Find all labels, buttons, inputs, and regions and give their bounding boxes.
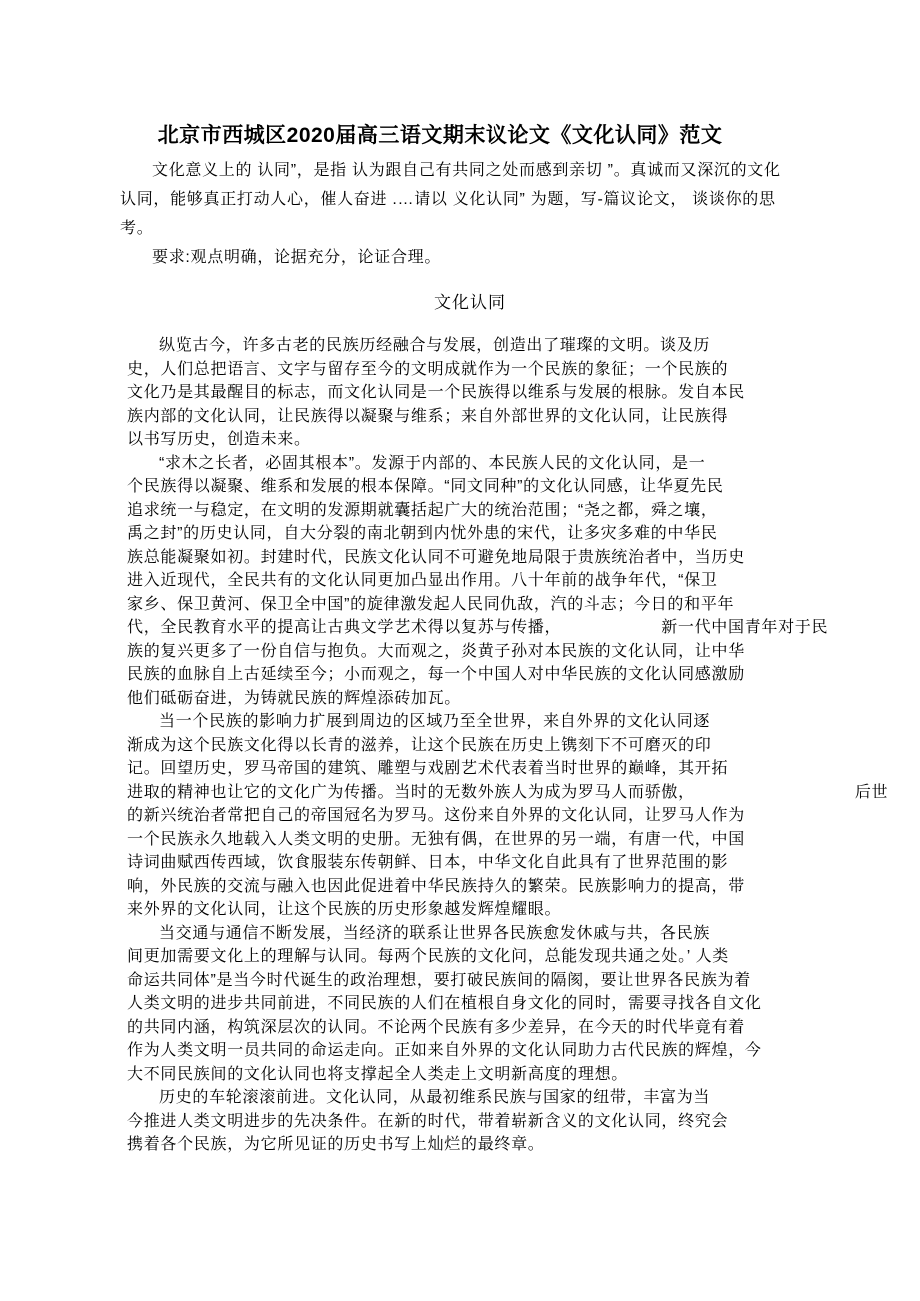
essay-line: 族的复兴更多了一份自信与抱负。大而观之，炎黄子孙对本民族的文化认同，让中华 (127, 640, 888, 664)
essay-line-text: 族的复兴更多了一份自信与抱负。大而观之，炎黄子孙对本民族的文化认同，让中华 (127, 643, 745, 660)
essay-line-text: 纵览古今，许多古老的民族历经融合与发展，创造出了璀璨的文明。谈及历 (159, 337, 710, 354)
essay-line: 的共同内涵，构筑深层次的认同。不论两个民族有多少差异，在今天的时代毕竟有着 (127, 1016, 888, 1040)
essay-line: 禹之封”的历史认同，自大分裂的南北朝到内忧外患的宋代，让多灾多难的中华民 (127, 522, 888, 546)
essay-line: 纵览古今，许多古老的民族历经融合与发展，创造出了璀璨的文明。谈及历 (127, 334, 888, 358)
essay-line: 代，全民教育水平的提高让古典文学艺术得以复苏与传播，新一代中国青年对于民 (127, 616, 888, 640)
essay-line-text: 作为人类文明一员共同的命运走向。正如来自外界的文化认同助力古代民族的辉煌，今 (127, 1042, 762, 1059)
essay-line-text: 大不同民族间的文化认同也将支撑起全人类走上文明新高度的理想。 (127, 1066, 628, 1083)
essay-line: 以书写历史，创造未来。 (127, 428, 888, 452)
prompt-line: 要求:观点明确，论据充分，论证合理。 (120, 243, 781, 272)
essay-line-text: 民族的血脉自上古延续至今；小而观之，每一个中国人对中华民族的文化认同感激励 (127, 666, 745, 683)
essay-line: 人类文明的进步共同前进，不同民族的人们在植根自身文化的同时，需要寻找各自文化 (127, 992, 888, 1016)
essay-line: 文化乃是其最醒目的标志，而文化认同是一个民族得以维系与发展的根脉。发自本民 (127, 381, 888, 405)
essay-line-text: 人类文明的进步共同前进，不同民族的人们在植根自身文化的同时，需要寻找各自文化 (127, 995, 762, 1012)
essay-line: 进取的精神也让它的文化广为传播。当时的无数外族人为成为罗马人而骄傲，后世 (127, 781, 888, 805)
essay-line: 诗词曲赋西传西域，饮食服装东传朝鲜、日本，中华文化自此具有了世界范围的影 (127, 851, 888, 875)
essay-line-text: 新一代中国青年对于民 (661, 619, 828, 636)
document-title: 北京市西城区2020届高三语文期末议论文《文化认同》范文 (0, 119, 880, 149)
essay-line-text: 个民族得以凝聚、维系和发展的根本保障。“同文同种”的文化认同感，让华夏先民 (127, 478, 724, 495)
essay-line-text: 当交通与通信不断发展，当经济的联系让世界各民族愈发休戚与共，各民族 (159, 925, 710, 942)
essay-line-text: 他们砥砺奋进，为铸就民族的辉煌添砖加瓦。 (127, 690, 461, 707)
essay-line: “求木之长者，必固其根本”。发源于内部的、本民族人民的文化认同，是一 (127, 452, 888, 476)
essay-line-text: 进入近现代，全民共有的文化认同更加凸显出作用。八十年前的战争年代，“保卫 (127, 572, 718, 589)
essay-line-text: 一个民族永久地载入人类文明的史册。无独有偶，在世界的另一端，有唐一代，中国 (127, 831, 745, 848)
essay-line: 间更加需要文化上的理解与认同。每两个民族的文化问，总能发现共通之处。’ 人类 (127, 945, 888, 969)
essay-line-text: 记。回望历史，罗马帝国的建筑、雕塑与戏剧艺术代表着当时世界的巅峰，其开拓 (127, 760, 728, 777)
prompt-line-text: 认同，能够真正打动人心，催人奋进 .…请以 义化认同” 为题，写-篇议论文， 谈… (120, 191, 776, 208)
essay-line-text: 族总能凝聚如初。封建时代，民族文化认同不可避免地局限于贵族统治者中，当历史 (127, 549, 745, 566)
essay-line-text: 今推进人类文明进步的先决条件。在新的时代，带着崭新含义的文化认同，终究会 (127, 1113, 728, 1130)
essay-line-text: 后世 (855, 784, 888, 801)
essay-line: 历史的车轮滚滚前进。文化认同，从最初维系民族与国家的纽带，丰富为当 (127, 1086, 888, 1110)
essay-line: 携着各个民族，为它所见证的历史书写上灿烂的最终章。 (127, 1133, 888, 1157)
essay-line-text: 文化乃是其最醒目的标志，而文化认同是一个民族得以维系与发展的根脉。发自本民 (127, 384, 745, 401)
essay-line-text: 史，人们总把语言、文字与留存至今的文明成就作为一个民族的象征；一个民族的 (127, 361, 728, 378)
essay-line: 响，外民族的交流与融入也因此促进着中华民族持久的繁荣。民族影响力的提高，带 (127, 875, 888, 899)
document-page: 北京市西城区2020届高三语文期末议论文《文化认同》范文 文化意义上的 认同”，… (0, 0, 920, 1301)
essay-line: 追求统一与稳定，在文明的发源期就囊括起广大的统治范围；“尧之都，舜之壤， (127, 499, 888, 523)
essay-line-text: 当一个民族的影响力扩展到周边的区域乃至全世界，来自外界的文化认同逐 (159, 713, 710, 730)
prompt-line: 认同，能够真正打动人心，催人奋进 .…请以 义化认同” 为题，写-篇议论文， 谈… (120, 185, 781, 214)
essay-line-text: 族内部的文化认同，让民族得以凝聚与维系；来自外部世界的文化认同，让民族得 (127, 408, 728, 425)
essay-line-text: 携着各个民族，为它所见证的历史书写上灿烂的最终章。 (127, 1136, 545, 1153)
essay-line: 大不同民族间的文化认同也将支撑起全人类走上文明新高度的理想。 (127, 1063, 888, 1087)
essay-line-text: 禹之封”的历史认同，自大分裂的南北朝到内忧外患的宋代，让多灾多难的中华民 (127, 525, 718, 542)
inline-gap (561, 631, 661, 632)
essay-line-text: 命运共同体”是当今时代诞生的政治理想，要打破民族间的隔阂，要让世界各民族为着 (127, 972, 751, 989)
essay-line: 他们砥砺奋进，为铸就民族的辉煌添砖加瓦。 (127, 687, 888, 711)
prompt-line-text: 文化意义上的 认同”，是指 认为跟自己有共同之处而感到亲切 ”。真诚而又深沉的文… (152, 162, 781, 179)
essay-line: 的新兴统治者常把自己的帝国冠名为罗马。这份来自外界的文化认同，让罗马人作为 (127, 804, 888, 828)
prompt-line-text: 考。 (120, 220, 153, 237)
essay-line-text: 响，外民族的交流与融入也因此促进着中华民族持久的繁荣。民族影响力的提高，带 (127, 878, 745, 895)
essay-line-text: 代，全民教育水平的提高让古典文学艺术得以复苏与传播， (127, 619, 561, 636)
essay-line: 一个民族永久地载入人类文明的史册。无独有偶，在世界的另一端，有唐一代，中国 (127, 828, 888, 852)
essay-line-text: 家乡、保卫黄河、保卫全中国”的旋律激发起人民同仇敌，汽的斗志；今日的和平年 (127, 596, 734, 613)
essay-line: 个民族得以凝聚、维系和发展的根本保障。“同文同种”的文化认同感，让华夏先民 (127, 475, 888, 499)
essay-line: 记。回望历史，罗马帝国的建筑、雕塑与戏剧艺术代表着当时世界的巅峰，其开拓 (127, 757, 888, 781)
essay-line-text: “求木之长者，必固其根本”。发源于内部的、本民族人民的文化认同，是一 (159, 455, 705, 472)
essay-line-text: 的新兴统治者常把自己的帝国冠名为罗马。这份来自外界的文化认同，让罗马人作为 (127, 807, 745, 824)
essay-line-text: 历史的车轮滚滚前进。文化认同，从最初维系民族与国家的纽带，丰富为当 (159, 1089, 710, 1106)
essay-line-text: 进取的精神也让它的文化广为传播。当时的无数外族人为成为罗马人而骄傲， (127, 784, 695, 801)
essay-line: 族总能凝聚如初。封建时代，民族文化认同不可避免地局限于贵族统治者中，当历史 (127, 546, 888, 570)
essay-line: 命运共同体”是当今时代诞生的政治理想，要打破民族间的隔阂，要让世界各民族为着 (127, 969, 888, 993)
essay-line-text: 诗词曲赋西传西域，饮食服装东传朝鲜、日本，中华文化自此具有了世界范围的影 (127, 854, 728, 871)
essay-line-text: 渐成为这个民族文化得以长青的滋养，让这个民族在历史上镌刻下不可磨灭的印 (127, 737, 712, 754)
prompt-section: 文化意义上的 认同”，是指 认为跟自己有共同之处而感到亲切 ”。真诚而又深沉的文… (120, 156, 781, 272)
essay-line: 作为人类文明一员共同的命运走向。正如来自外界的文化认同助力古代民族的辉煌，今 (127, 1039, 888, 1063)
essay-line-text: 来外界的文化认同，让这个民族的历史形象越发辉煌耀眼。 (127, 901, 561, 918)
essay-line-text: 的共同内涵，构筑深层次的认同。不论两个民族有多少差异，在今天的时代毕竟有着 (127, 1019, 745, 1036)
essay-line: 今推进人类文明进步的先决条件。在新的时代，带着崭新含义的文化认同，终究会 (127, 1110, 888, 1134)
prompt-line: 考。 (120, 214, 781, 243)
essay-line: 当交通与通信不断发展，当经济的联系让世界各民族愈发休戚与共，各民族 (127, 922, 888, 946)
essay-line-text: 以书写历史，创造未来。 (127, 431, 311, 448)
essay-line: 进入近现代，全民共有的文化认同更加凸显出作用。八十年前的战争年代，“保卫 (127, 569, 888, 593)
essay-line: 家乡、保卫黄河、保卫全中国”的旋律激发起人民同仇敌，汽的斗志；今日的和平年 (127, 593, 888, 617)
essay-line: 民族的血脉自上古延续至今；小而观之，每一个中国人对中华民族的文化认同感激励 (127, 663, 888, 687)
essay-subtitle: 文化认同 (0, 288, 920, 313)
essay-line-text: 间更加需要文化上的理解与认同。每两个民族的文化问，总能发现共通之处。’ 人类 (127, 948, 729, 965)
inline-gap (695, 796, 855, 797)
prompt-line-text: 要求:观点明确，论据充分，论证合理。 (152, 249, 441, 266)
essay-line: 当一个民族的影响力扩展到周边的区域乃至全世界，来自外界的文化认同逐 (127, 710, 888, 734)
essay-line: 史，人们总把语言、文字与留存至今的文明成就作为一个民族的象征；一个民族的 (127, 358, 888, 382)
essay-line: 来外界的文化认同，让这个民族的历史形象越发辉煌耀眼。 (127, 898, 888, 922)
essay-line-text: 追求统一与稳定，在文明的发源期就囊括起广大的统治范围；“尧之都，舜之壤， (127, 502, 718, 519)
essay-body: 纵览古今，许多古老的民族历经融合与发展，创造出了璀璨的文明。谈及历史，人们总把语… (127, 334, 888, 1157)
prompt-line: 文化意义上的 认同”，是指 认为跟自己有共同之处而感到亲切 ”。真诚而又深沉的文… (120, 156, 781, 185)
essay-line: 族内部的文化认同，让民族得以凝聚与维系；来自外部世界的文化认同，让民族得 (127, 405, 888, 429)
essay-line: 渐成为这个民族文化得以长青的滋养，让这个民族在历史上镌刻下不可磨灭的印 (127, 734, 888, 758)
